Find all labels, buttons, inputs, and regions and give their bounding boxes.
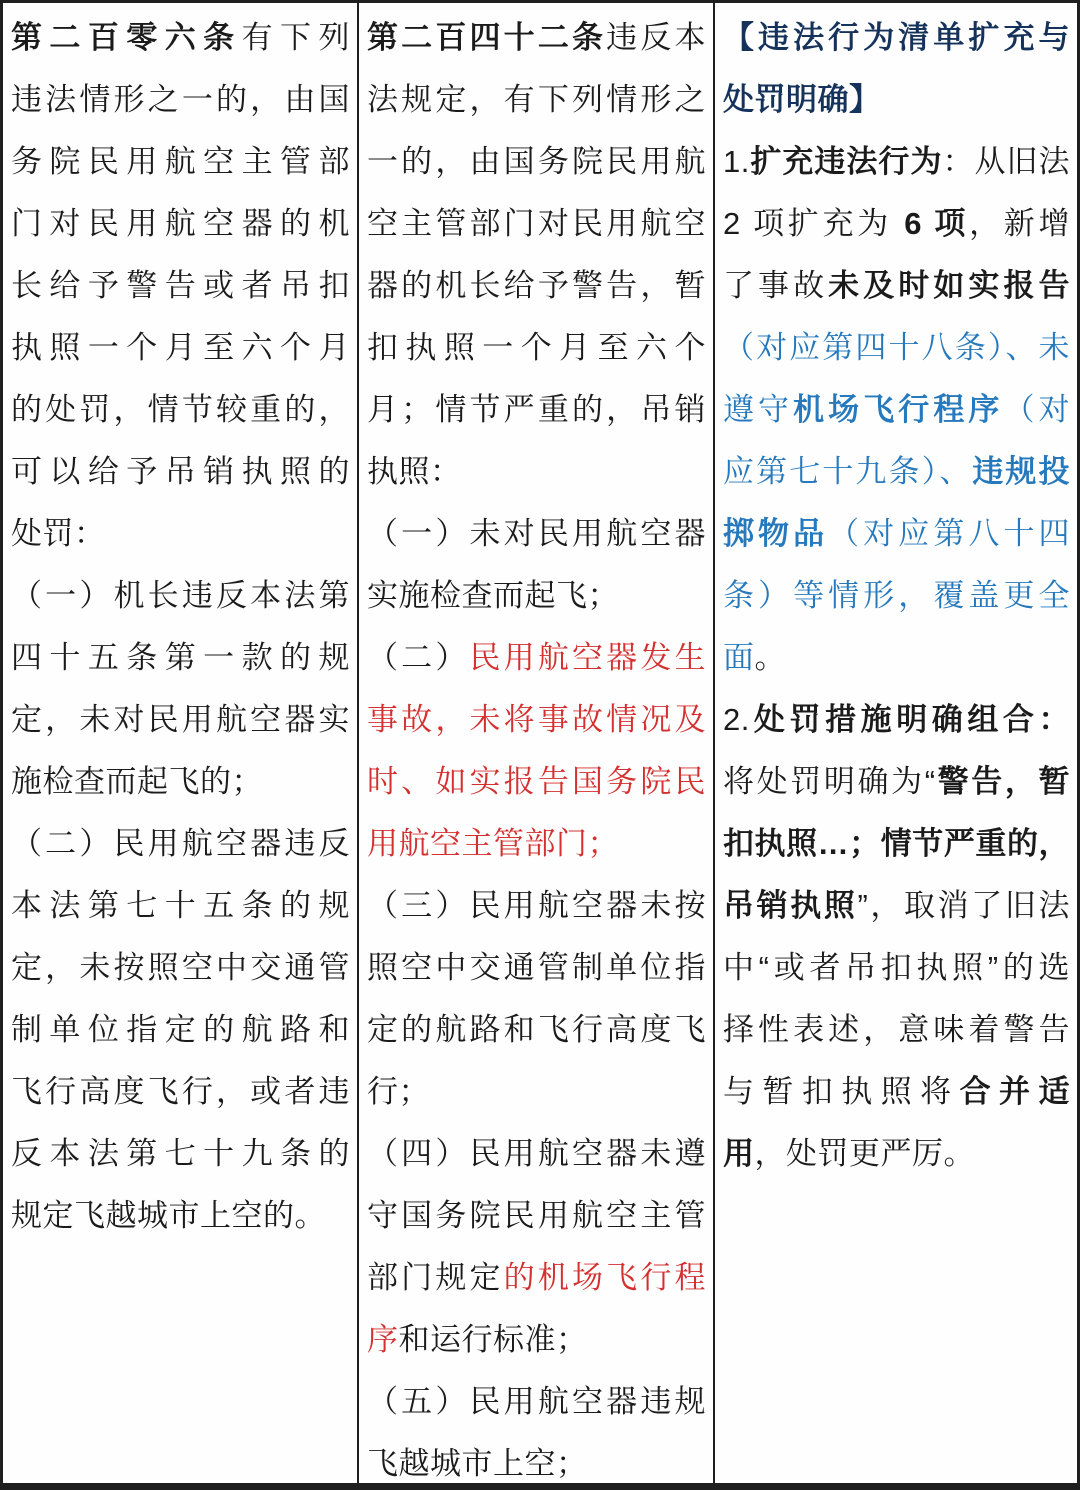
text-run: 可以给予吊销执照的 [11,454,350,489]
text-line: 定，未对民用航空器实 [11,689,350,751]
text-run: 器的机长给予警告，暂 [367,268,706,303]
text-run: ，新增 [969,206,1070,241]
text-line: 与暂扣执照将合并适 [723,1061,1070,1123]
text-line: 执照： [367,441,706,503]
text-line: （五）民用航空器违规 [367,1371,706,1433]
text-line: 1.扩充违法行为：从旧法 [723,131,1070,193]
text-run: 民用航空器发生 [470,640,707,675]
text-run: 与暂扣执照将 [723,1074,960,1109]
text-run: 中“或者吊扣执照”的选 [723,950,1070,985]
text-run: 处罚明确】 [723,82,881,117]
text-line: 择性表述，意味着警告 [723,999,1070,1061]
text-line: 行； [367,1061,706,1123]
text-run: 。 [755,640,787,675]
text-run: （四）民用航空器未遵 [367,1136,706,1171]
text-line: 守国务院民用航空主管 [367,1185,706,1247]
text-line: 扣执照…；情节严重的， [723,813,1070,875]
text-run: （二） [367,640,470,675]
text-run: （对应第四十八条）、未 [723,330,1070,365]
text-line: 扣执照一个月至六个 [367,317,706,379]
text-run: 施检查而起飞的； [11,764,263,799]
text-run: 违规投 [972,454,1070,489]
text-run: 行； [367,1074,430,1109]
text-line: 务院民用航空主管部 [11,131,350,193]
text-line: （二）民用航空器违反 [11,813,350,875]
text-run: 务院民用航空主管部 [11,144,350,179]
text-line: 用航空主管部门； [367,813,706,875]
text-run: 扣执照…；情节严重的， [723,826,1070,861]
text-run: 四十五条第一款的规 [11,640,350,675]
text-line: 掷物品（对应第八十四 [723,503,1070,565]
text-run: 的处罚，情节较重的， [11,392,350,427]
text-run: 长给予警告或者吊扣 [11,268,350,303]
text-line: （二）民用航空器发生 [367,627,706,689]
text-run: 扩充违法行为 [750,144,943,179]
text-line: 条）等情形，覆盖更全 [723,565,1070,627]
text-run: 择性表述，意味着警告 [723,1012,1070,1047]
text-run: 序 [367,1322,399,1357]
text-run: 用 [723,1136,755,1171]
column-commentary: 【违法行为清单扩充与处罚明确】1.扩充违法行为：从旧法2 项扩充为 6 项，新增… [715,3,1077,1483]
text-line: 定的航路和飞行高度飞 [367,999,706,1061]
text-run: 一的，由国务院民用航 [367,144,706,179]
text-run: 用航空主管部门； [367,826,619,861]
text-line: 月；情节严重的，吊销 [367,379,706,441]
text-run: 2 项扩充为 [723,206,904,241]
text-run: 制单位指定的航路和 [11,1012,350,1047]
text-run: 将处罚明确为“ [723,764,936,799]
column-old-law-article-206: 第二百零六条有下列违法情形之一的，由国务院民用航空主管部门对民用航空器的机长给予… [3,3,359,1483]
text-run: 时、如实报告国务院民 [367,764,706,799]
text-run: 第二百四十二条 [367,20,606,55]
text-line: 遵守机场飞行程序（对 [723,379,1070,441]
text-run: 了事故 [723,268,828,303]
text-run: 未及时如实报告 [828,268,1070,303]
text-run: 处罚措施明确组合： [750,702,1070,737]
text-line: （四）民用航空器未遵 [367,1123,706,1185]
text-run: 反本法第七十九条的 [11,1136,350,1171]
text-line: 的处罚，情节较重的， [11,379,350,441]
text-line: 序和运行标准； [367,1309,706,1371]
text-run: 条）等情形，覆盖更全 [723,578,1070,613]
text-run: 照空中交通管制单位指 [367,950,706,985]
text-run: 事故，未将事故情况及 [367,702,706,737]
text-line: 规定飞越城市上空的。 [11,1185,350,1247]
text-run: （五）民用航空器违规 [367,1384,706,1419]
text-line: 执照一个月至六个月 [11,317,350,379]
text-run: （一）未对民用航空器 [367,516,706,551]
text-run: 的机场飞行程 [504,1260,706,1295]
text-line: （一）机长违反本法第 [11,565,350,627]
text-run: 2. [723,702,750,737]
text-run: 定的航路和飞行高度飞 [367,1012,706,1047]
text-line: （三）民用航空器未按 [367,875,706,937]
text-run: （一）机长违反本法第 [11,578,350,613]
text-run: 实施检查而起飞； [367,578,619,613]
text-line: 【违法行为清单扩充与 [723,7,1070,69]
text-line: 器的机长给予警告，暂 [367,255,706,317]
text-line: 长给予警告或者吊扣 [11,255,350,317]
text-line: 处罚明确】 [723,69,1070,131]
text-run: 警告，暂 [936,764,1070,799]
text-run: （对应第八十四 [828,516,1070,551]
text-run: 合并适 [960,1074,1070,1109]
text-line: 第二百四十二条违反本 [367,7,706,69]
text-line: 部门规定的机场飞行程 [367,1247,706,1309]
text-run: 执照： [367,454,462,489]
text-run: 执照一个月至六个月 [11,330,350,365]
text-run: ，处罚更严厉。 [755,1136,976,1171]
text-run: 飞越城市上空； [367,1446,588,1481]
text-run: 掷物品 [723,516,828,551]
text-run: （三）民用航空器未按 [367,888,706,923]
text-run: 月；情节严重的，吊销 [367,392,706,427]
text-run: 规定飞越城市上空的。 [11,1198,326,1233]
text-line: 法规定，有下列情形之 [367,69,706,131]
text-run: 部门规定 [367,1260,504,1295]
text-line: 本法第七十五条的规 [11,875,350,937]
text-run: 处罚： [11,516,106,551]
text-line: （对应第四十八条）、未 [723,317,1070,379]
text-line: 照空中交通管制单位指 [367,937,706,999]
text-run: 定，未对民用航空器实 [11,702,350,737]
text-run: 面 [723,640,755,675]
text-run: 机场飞行程序 [793,392,1003,427]
text-line: 面。 [723,627,1070,689]
text-line: 时、如实报告国务院民 [367,751,706,813]
text-run: 吊销执照 [723,888,857,923]
text-run: 【违法行为清单扩充与 [723,20,1070,55]
text-run: 违反本 [606,20,706,55]
column-new-law-article-242: 第二百四十二条违反本法规定，有下列情形之一的，由国务院民用航空主管部门对民用航空… [359,3,715,1483]
text-run: 法规定，有下列情形之 [367,82,706,117]
text-line: 事故，未将事故情况及 [367,689,706,751]
text-run: 违法情形之一的，由国 [11,82,350,117]
text-line: 吊销执照”，取消了旧法 [723,875,1070,937]
text-run: 6 项 [904,206,969,241]
text-run: ”，取消了旧法 [857,888,1070,923]
text-run: 空主管部门对民用航空 [367,206,706,241]
text-run: 守国务院民用航空主管 [367,1198,706,1233]
text-line: 四十五条第一款的规 [11,627,350,689]
text-run: 飞行高度飞行，或者违 [11,1074,350,1109]
text-line: 用，处罚更严厉。 [723,1123,1070,1185]
text-line: 应第七十九条）、违规投 [723,441,1070,503]
text-run: 遵守 [723,392,793,427]
text-line: 施检查而起飞的； [11,751,350,813]
text-run: 有下列 [242,20,350,55]
text-line: 空主管部门对民用航空 [367,193,706,255]
text-line: 制单位指定的航路和 [11,999,350,1061]
text-line: 实施检查而起飞； [367,565,706,627]
text-run: 定，未按照空中交通管 [11,950,350,985]
text-line: 一的，由国务院民用航 [367,131,706,193]
text-line: （一）未对民用航空器 [367,503,706,565]
text-line: 飞越城市上空； [367,1433,706,1483]
text-run: 扣执照一个月至六个 [367,330,706,365]
text-run: 和运行标准； [399,1322,588,1357]
text-run: （二）民用航空器违反 [11,826,350,861]
text-line: 了事故未及时如实报告 [723,255,1070,317]
comparison-table: 第二百零六条有下列违法情形之一的，由国务院民用航空主管部门对民用航空器的机长给予… [0,0,1080,1490]
text-line: 2.处罚措施明确组合： [723,689,1070,751]
text-run: ：从旧法 [942,144,1070,179]
text-line: 违法情形之一的，由国 [11,69,350,131]
text-run: 1. [723,144,750,179]
text-line: 第二百零六条有下列 [11,7,350,69]
text-line: 将处罚明确为“警告，暂 [723,751,1070,813]
text-line: 2 项扩充为 6 项，新增 [723,193,1070,255]
text-line: 定，未按照空中交通管 [11,937,350,999]
text-line: 中“或者吊扣执照”的选 [723,937,1070,999]
text-line: 飞行高度飞行，或者违 [11,1061,350,1123]
text-run: 门对民用航空器的机 [11,206,350,241]
text-run: 本法第七十五条的规 [11,888,350,923]
text-run: （对 [1003,392,1070,427]
text-run: 应第七十九条）、 [723,454,972,489]
text-line: 处罚： [11,503,350,565]
text-line: 门对民用航空器的机 [11,193,350,255]
text-line: 反本法第七十九条的 [11,1123,350,1185]
text-run: 第二百零六条 [11,20,242,55]
text-line: 可以给予吊销执照的 [11,441,350,503]
